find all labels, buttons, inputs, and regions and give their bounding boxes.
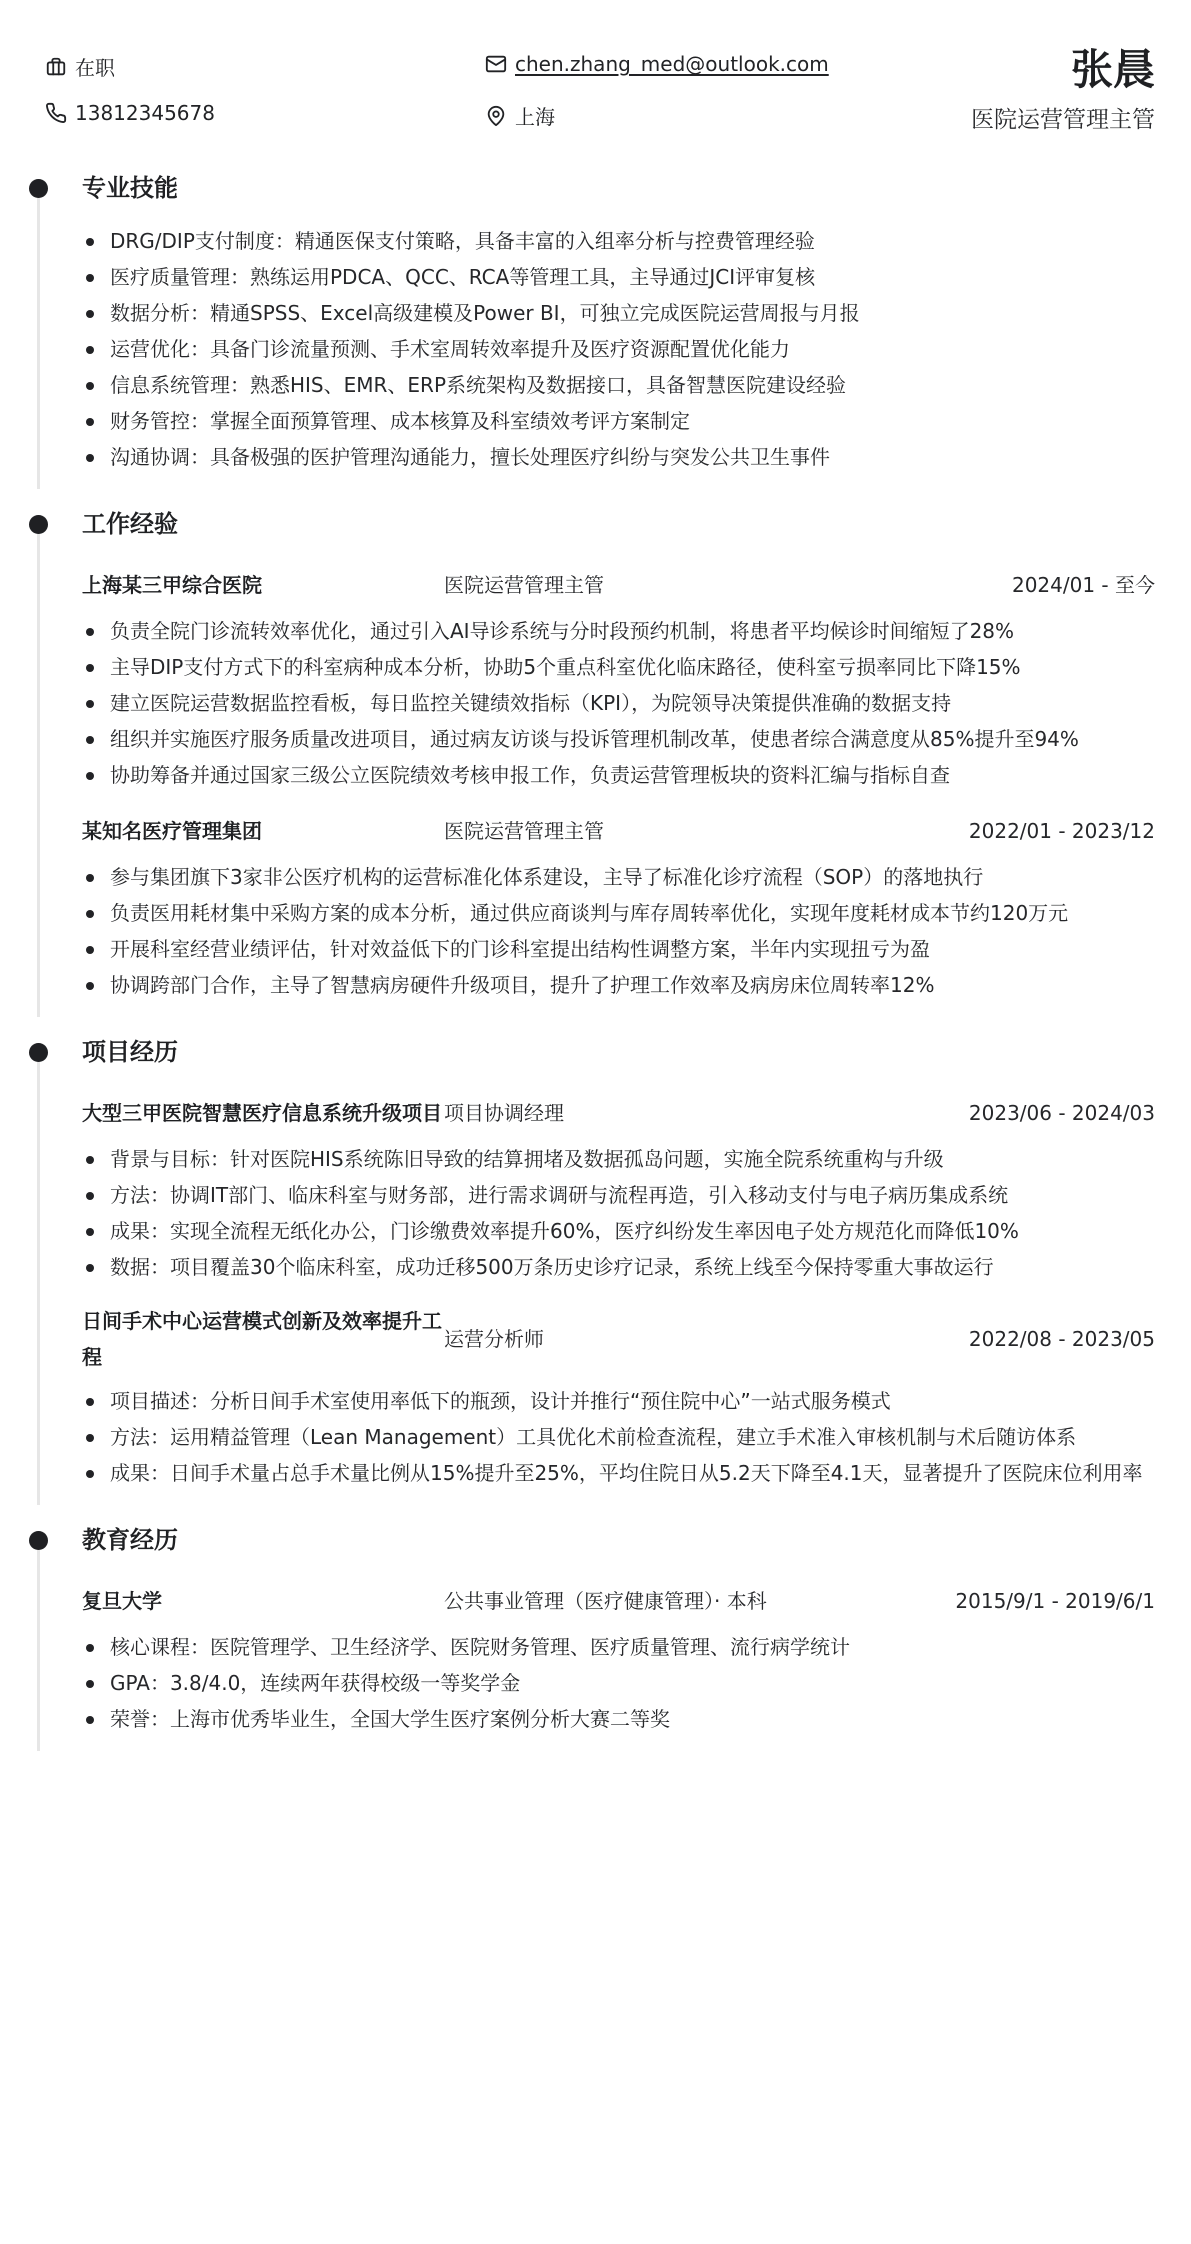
skill-item: DRG/DIP支付制度：精通医保支付策略，具备丰富的入组率分析与控费管理经验 xyxy=(82,223,1155,259)
entry-header: 某知名医疗管理集团 医院运营管理主管 2022/01 - 2023/12 xyxy=(82,811,1155,851)
education-entry: 复旦大学 公共事业管理（医疗健康管理）· 本科 2015/9/1 - 2019/… xyxy=(82,1581,1155,1737)
candidate-name: 张晨 xyxy=(971,42,1155,98)
email-contact: chen.zhang_med@outlook.com xyxy=(485,52,829,76)
project-entry: 大型三甲医院智慧医疗信息系统升级项目 项目协调经理 2023/06 - 2024… xyxy=(82,1093,1155,1285)
entry-date: 2015/9/1 - 2019/6/1 xyxy=(955,1583,1155,1619)
timeline-dot xyxy=(29,179,48,198)
entry-school: 复旦大学 xyxy=(82,1583,444,1619)
resume-page: 在职 13812345678 chen.zhang_med@outlook.co… xyxy=(0,0,1191,1751)
skill-item: 医疗质量管理：熟练运用PDCA、QCC、RCA等管理工具，主导通过JCI评审复核 xyxy=(82,259,1155,295)
skill-item: 数据分析：精通SPSS、Excel高级建模及Power BI，可独立完成医院运营… xyxy=(82,295,1155,331)
entry-bullet: 负责全院门诊流转效率优化，通过引入AI导诊系统与分时段预约机制，将患者平均候诊时… xyxy=(82,613,1155,649)
entry-bullet: 协调跨部门合作，主导了智慧病房硬件升级项目，提升了护理工作效率及病房床位周转率1… xyxy=(82,967,1155,1003)
entry-bullet: 项目描述：分析日间手术室使用率低下的瓶颈，设计并推行“预住院中心”一站式服务模式 xyxy=(82,1383,1155,1419)
entry-bullet: 开展科室经营业绩评估，针对效益低下的门诊科室提出结构性调整方案，半年内实现扭亏为… xyxy=(82,931,1155,967)
mail-icon xyxy=(485,53,507,75)
skill-item: 运营优化：具备门诊流量预测、手术室周转效率提升及医疗资源配置优化能力 xyxy=(82,331,1155,367)
entry-bullet: 协助筹备并通过国家三级公立医院绩效考核申报工作，负责运营管理板块的资料汇编与指标… xyxy=(82,757,1155,793)
entry-bullet: 负责医用耗材集中采购方案的成本分析，通过供应商谈判与库存周转率优化，实现年度耗材… xyxy=(82,895,1155,931)
status-text: 在职 xyxy=(75,52,115,81)
entry-date: 2024/01 - 至今 xyxy=(1012,567,1155,603)
name-block: 张晨 医院运营管理主管 xyxy=(971,42,1155,140)
work-entry: 某知名医疗管理集团 医院运营管理主管 2022/01 - 2023/12 参与集… xyxy=(82,811,1155,1003)
entry-date: 2022/08 - 2023/05 xyxy=(969,1321,1155,1357)
timeline-rail xyxy=(37,191,40,489)
project-entry: 日间手术中心运营模式创新及效率提升工程 运营分析师 2022/08 - 2023… xyxy=(82,1303,1155,1491)
entry-bullet: 建立医院运营数据监控看板，每日监控关键绩效指标（KPI），为院领导决策提供准确的… xyxy=(82,685,1155,721)
skill-item: 沟通协调：具备极强的医护管理沟通能力，擅长处理医疗纠纷与突发公共卫生事件 xyxy=(82,439,1155,475)
location-text: 上海 xyxy=(515,101,555,130)
entry-bullet: GPA：3.8/4.0，连续两年获得校级一等奖学金 xyxy=(82,1665,1155,1701)
entry-bullet: 方法：运用精益管理（Lean Management）工具优化术前检查流程，建立手… xyxy=(82,1419,1155,1455)
entry-organization: 某知名医疗管理集团 xyxy=(82,813,444,849)
entry-bullets: 负责全院门诊流转效率优化，通过引入AI导诊系统与分时段预约机制，将患者平均候诊时… xyxy=(82,613,1155,793)
timeline-dot xyxy=(29,515,48,534)
work-entry: 上海某三甲综合医院 医院运营管理主管 2024/01 - 至今 负责全院门诊流转… xyxy=(82,565,1155,793)
phone-icon xyxy=(45,102,67,124)
entry-bullet: 成果：日间手术量占总手术量比例从15%提升至25%，平均住院日从5.2天下降至4… xyxy=(82,1455,1155,1491)
section-education: 教育经历 复旦大学 公共事业管理（医疗健康管理）· 本科 2015/9/1 - … xyxy=(45,1517,1155,1751)
entry-bullets: 参与集团旗下3家非公医疗机构的运营标准化体系建设，主导了标准化诊疗流程（SOP）… xyxy=(82,859,1155,1003)
entry-bullets: 项目描述：分析日间手术室使用率低下的瓶颈，设计并推行“预住院中心”一站式服务模式… xyxy=(82,1383,1155,1491)
entry-header: 上海某三甲综合医院 医院运营管理主管 2024/01 - 至今 xyxy=(82,565,1155,605)
section-work-experience: 工作经验 上海某三甲综合医院 医院运营管理主管 2024/01 - 至今 负责全… xyxy=(45,501,1155,1017)
entry-bullet: 方法：协调IT部门、临床科室与财务部，进行需求调研与流程再造，引入移动支付与电子… xyxy=(82,1177,1155,1213)
entry-bullet: 主导DIP支付方式下的科室病种成本分析，协助5个重点科室优化临床路径，使科室亏损… xyxy=(82,649,1155,685)
entry-bullet: 荣誉：上海市优秀毕业生，全国大学生医疗案例分析大赛二等奖 xyxy=(82,1701,1155,1737)
timeline-rail xyxy=(37,1055,40,1505)
skill-item: 财务管控：掌握全面预算管理、成本核算及科室绩效考评方案制定 xyxy=(82,403,1155,439)
entry-bullet: 背景与目标：针对医院HIS系统陈旧导致的结算拥堵及数据孤岛问题，实施全院系统重构… xyxy=(82,1141,1155,1177)
entry-bullet: 核心课程：医院管理学、卫生经济学、医院财务管理、医疗质量管理、流行病学统计 xyxy=(82,1629,1155,1665)
skill-item: 信息系统管理：熟悉HIS、EMR、ERP系统架构及数据接口，具备智慧医院建设经验 xyxy=(82,367,1155,403)
entry-bullet: 参与集团旗下3家非公医疗机构的运营标准化体系建设，主导了标准化诊疗流程（SOP）… xyxy=(82,859,1155,895)
candidate-headline: 医院运营管理主管 xyxy=(971,100,1155,140)
timeline-rail xyxy=(37,527,40,1017)
entry-role: 项目协调经理 xyxy=(444,1095,969,1131)
entry-project-name: 日间手术中心运营模式创新及效率提升工程 xyxy=(82,1303,444,1375)
entry-bullets: 背景与目标：针对医院HIS系统陈旧导致的结算拥堵及数据孤岛问题，实施全院系统重构… xyxy=(82,1141,1155,1285)
timeline-dot xyxy=(29,1531,48,1550)
entry-role: 医院运营管理主管 xyxy=(444,813,969,849)
section-title: 工作经验 xyxy=(82,501,1155,547)
location-contact: 上海 xyxy=(485,101,555,130)
briefcase-icon xyxy=(45,56,67,78)
entry-header: 大型三甲医院智慧医疗信息系统升级项目 项目协调经理 2023/06 - 2024… xyxy=(82,1093,1155,1133)
skills-list: DRG/DIP支付制度：精通医保支付策略，具备丰富的入组率分析与控费管理经验 医… xyxy=(82,223,1155,475)
entry-organization: 上海某三甲综合医院 xyxy=(82,567,444,603)
timeline-rail xyxy=(37,1543,40,1751)
employment-status: 在职 xyxy=(45,52,115,81)
section-title: 项目经历 xyxy=(82,1029,1155,1075)
timeline-dot xyxy=(29,1043,48,1062)
section-title: 教育经历 xyxy=(82,1517,1155,1563)
entry-bullet: 成果：实现全流程无纸化办公，门诊缴费效率提升60%，医疗纠纷发生率因电子处方规范… xyxy=(82,1213,1155,1249)
entry-bullet: 组织并实施医疗服务质量改进项目，通过病友访谈与投诉管理机制改革，使患者综合满意度… xyxy=(82,721,1155,757)
entry-bullet: 数据：项目覆盖30个临床科室，成功迁移500万条历史诊疗记录，系统上线至今保持零… xyxy=(82,1249,1155,1285)
email-link[interactable]: chen.zhang_med@outlook.com xyxy=(515,52,829,76)
section-projects: 项目经历 大型三甲医院智慧医疗信息系统升级项目 项目协调经理 2023/06 -… xyxy=(45,1029,1155,1505)
entry-date: 2022/01 - 2023/12 xyxy=(969,813,1155,849)
resume-sections: 专业技能 DRG/DIP支付制度：精通医保支付策略，具备丰富的入组率分析与控费管… xyxy=(45,165,1155,1751)
entry-bullets: 核心课程：医院管理学、卫生经济学、医院财务管理、医疗质量管理、流行病学统计 GP… xyxy=(82,1629,1155,1737)
entry-date: 2023/06 - 2024/03 xyxy=(969,1095,1155,1131)
entry-role: 医院运营管理主管 xyxy=(444,567,1012,603)
map-pin-icon xyxy=(485,105,507,127)
entry-role: 运营分析师 xyxy=(444,1321,969,1357)
section-skills: 专业技能 DRG/DIP支付制度：精通医保支付策略，具备丰富的入组率分析与控费管… xyxy=(45,165,1155,489)
entry-major-degree: 公共事业管理（医疗健康管理）· 本科 xyxy=(444,1583,804,1619)
entry-project-name: 大型三甲医院智慧医疗信息系统升级项目 xyxy=(82,1095,444,1131)
entry-header: 日间手术中心运营模式创新及效率提升工程 运营分析师 2022/08 - 2023… xyxy=(82,1303,1155,1375)
phone-contact: 13812345678 xyxy=(45,101,215,125)
phone-text: 13812345678 xyxy=(75,101,215,125)
entry-header: 复旦大学 公共事业管理（医疗健康管理）· 本科 2015/9/1 - 2019/… xyxy=(82,1581,1155,1621)
section-title: 专业技能 xyxy=(82,165,1155,211)
resume-header: 在职 13812345678 chen.zhang_med@outlook.co… xyxy=(45,0,1155,165)
